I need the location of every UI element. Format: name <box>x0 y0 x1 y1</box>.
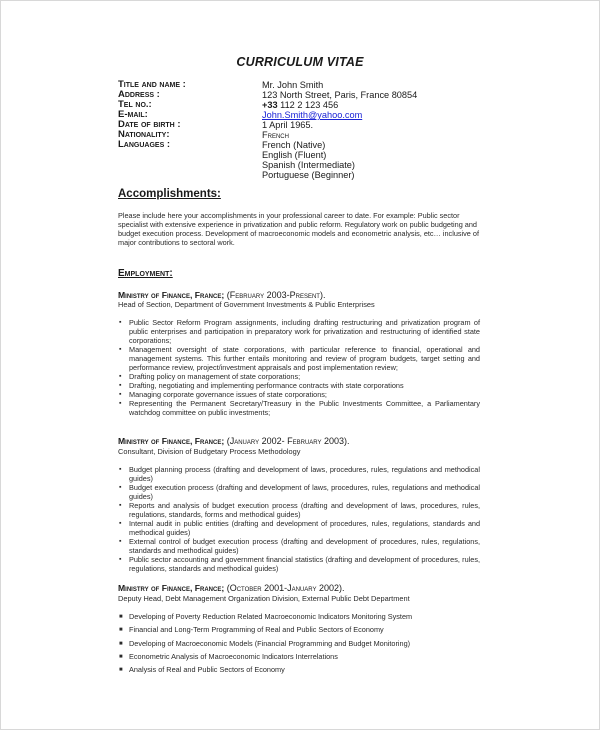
bullet-item: ▪Public sector accounting and government… <box>118 555 480 573</box>
info-row-tel: Tel no.: +33 112 2 123 456 <box>118 100 417 110</box>
info-row-languages: Languages : French (Native) English (Flu… <box>118 140 417 180</box>
bullet-item: ▪Management oversight of state corporati… <box>118 345 480 372</box>
language-item: Portuguese (Beginner) <box>262 170 355 180</box>
job-header: Ministry of Finance, France; (October 20… <box>118 583 345 593</box>
bullet-icon: ■ <box>119 653 123 662</box>
bullet-icon: ▪ <box>119 519 121 528</box>
bullet-item: ■Econometric Analysis of Macroeconomic I… <box>118 652 480 661</box>
bullet-icon: ▪ <box>119 345 121 354</box>
bullet-item: ■Financial and Long-Term Programming of … <box>118 625 480 634</box>
job-organization: Ministry of Finance, France; <box>118 436 224 446</box>
bullet-text: Drafting policy on management of state c… <box>129 372 300 381</box>
tel-country-code: +33 <box>262 100 278 110</box>
bullet-icon: ▪ <box>119 399 121 408</box>
bullet-item: ■Developing of Poverty Reduction Related… <box>118 612 480 621</box>
bullet-text: Budget planning process (drafting and de… <box>129 465 480 483</box>
job-header: Ministry of Finance, France; (January 20… <box>118 436 350 446</box>
bullet-text: Representing the Permanent Secretary/Tre… <box>129 399 480 417</box>
bullet-icon: ■ <box>119 640 123 649</box>
bullet-icon: ▪ <box>119 318 121 327</box>
info-label: Languages : <box>118 140 262 180</box>
info-row-name: Title and name : Mr. John Smith <box>118 80 417 90</box>
accomplishments-text: Please include here your accomplishments… <box>118 211 480 247</box>
job-bullets: ▪Budget planning process (drafting and d… <box>118 465 480 573</box>
bullet-icon: ▪ <box>119 501 121 510</box>
employment-heading: Employment: <box>118 268 173 279</box>
bullet-text: Analysis of Real and Public Sectors of E… <box>129 665 285 674</box>
bullet-item: ▪Budget execution process (drafting and … <box>118 483 480 501</box>
bullet-item: ■Analysis of Real and Public Sectors of … <box>118 665 480 674</box>
bullet-text: Developing of Poverty Reduction Related … <box>129 612 412 621</box>
tel-number: 112 2 123 456 <box>278 100 339 110</box>
bullet-item: ▪Managing corporate governance issues of… <box>118 390 480 399</box>
language-item: English (Fluent) <box>262 150 355 160</box>
bullet-icon: ■ <box>119 613 123 622</box>
bullet-icon: ■ <box>119 626 123 635</box>
bullet-text: Econometric Analysis of Macroeconomic In… <box>129 652 338 661</box>
bullet-icon: ▪ <box>119 555 121 564</box>
job-role: Consultant, Division of Budgetary Proces… <box>118 447 300 456</box>
job-dates: (October 2001-January 2002). <box>227 583 345 593</box>
bullet-item: ▪Drafting policy on management of state … <box>118 372 480 381</box>
bullet-item: ▪External control of budget execution pr… <box>118 537 480 555</box>
bullet-text: Developing of Macroeconomic Models (Fina… <box>129 639 410 648</box>
info-value: +33 112 2 123 456 <box>262 100 338 110</box>
job-organization: Ministry of Finance, France; <box>118 583 224 593</box>
bullet-item: ▪Public Sector Reform Program assignment… <box>118 318 480 345</box>
bullet-icon: ▪ <box>119 483 121 492</box>
bullet-item: ▪Reports and analysis of budget executio… <box>118 501 480 519</box>
job-dates: (February 2003-Present). <box>227 290 326 300</box>
bullet-text: Drafting, negotiating and implementing p… <box>129 381 404 390</box>
job-role: Head of Section, Department of Governmen… <box>118 300 375 309</box>
bullet-item: ▪Representing the Permanent Secretary/Tr… <box>118 399 480 417</box>
accomplishments-heading: Accomplishments: <box>118 188 221 200</box>
bullet-text: Internal audit in public entities (draft… <box>129 519 480 537</box>
bullet-text: Reports and analysis of budget execution… <box>129 501 480 519</box>
bullet-icon: ■ <box>119 666 123 675</box>
info-value: French <box>262 130 289 140</box>
bullet-item: ▪Internal audit in public entities (draf… <box>118 519 480 537</box>
bullet-text: Management oversight of state corporatio… <box>129 345 480 372</box>
document-title: CURRICULUM VITAE <box>0 55 600 69</box>
bullet-text: Budget execution process (drafting and d… <box>129 483 480 501</box>
info-value: 123 North Street, Paris, France 80854 <box>262 90 417 100</box>
languages-list: French (Native) English (Fluent) Spanish… <box>262 140 355 180</box>
language-item: French (Native) <box>262 140 355 150</box>
bullet-text: Managing corporate governance issues of … <box>129 390 327 399</box>
job-header: Ministry of Finance, France; (February 2… <box>118 290 325 300</box>
bullet-item: ▪Budget planning process (drafting and d… <box>118 465 480 483</box>
job-bullets: ▪Public Sector Reform Program assignment… <box>118 318 480 417</box>
info-value: 1 April 1965. <box>262 120 313 130</box>
personal-info: Title and name : Mr. John Smith Address … <box>118 80 417 180</box>
job-role: Deputy Head, Debt Management Organizatio… <box>118 594 410 603</box>
bullet-icon: ▪ <box>119 372 121 381</box>
bullet-text: Public sector accounting and government … <box>129 555 480 573</box>
bullet-icon: ▪ <box>119 390 121 399</box>
info-value: Mr. John Smith <box>262 80 323 90</box>
job-bullets: ■Developing of Poverty Reduction Related… <box>118 612 480 678</box>
job-dates: (January 2002- February 2003). <box>227 436 350 446</box>
email-link[interactable]: John.Smith@yahoo.com <box>262 110 362 120</box>
language-item: Spanish (Intermediate) <box>262 160 355 170</box>
job-organization: Ministry of Finance, France; <box>118 290 224 300</box>
bullet-text: Public Sector Reform Program assignments… <box>129 318 480 345</box>
bullet-item: ▪Drafting, negotiating and implementing … <box>118 381 480 390</box>
bullet-icon: ▪ <box>119 381 121 390</box>
bullet-text: External control of budget execution pro… <box>129 537 480 555</box>
bullet-item: ■Developing of Macroeconomic Models (Fin… <box>118 639 480 648</box>
bullet-text: Financial and Long-Term Programming of R… <box>129 625 384 634</box>
bullet-icon: ▪ <box>119 537 121 546</box>
bullet-icon: ▪ <box>119 465 121 474</box>
info-row-address: Address : 123 North Street, Paris, Franc… <box>118 90 417 100</box>
